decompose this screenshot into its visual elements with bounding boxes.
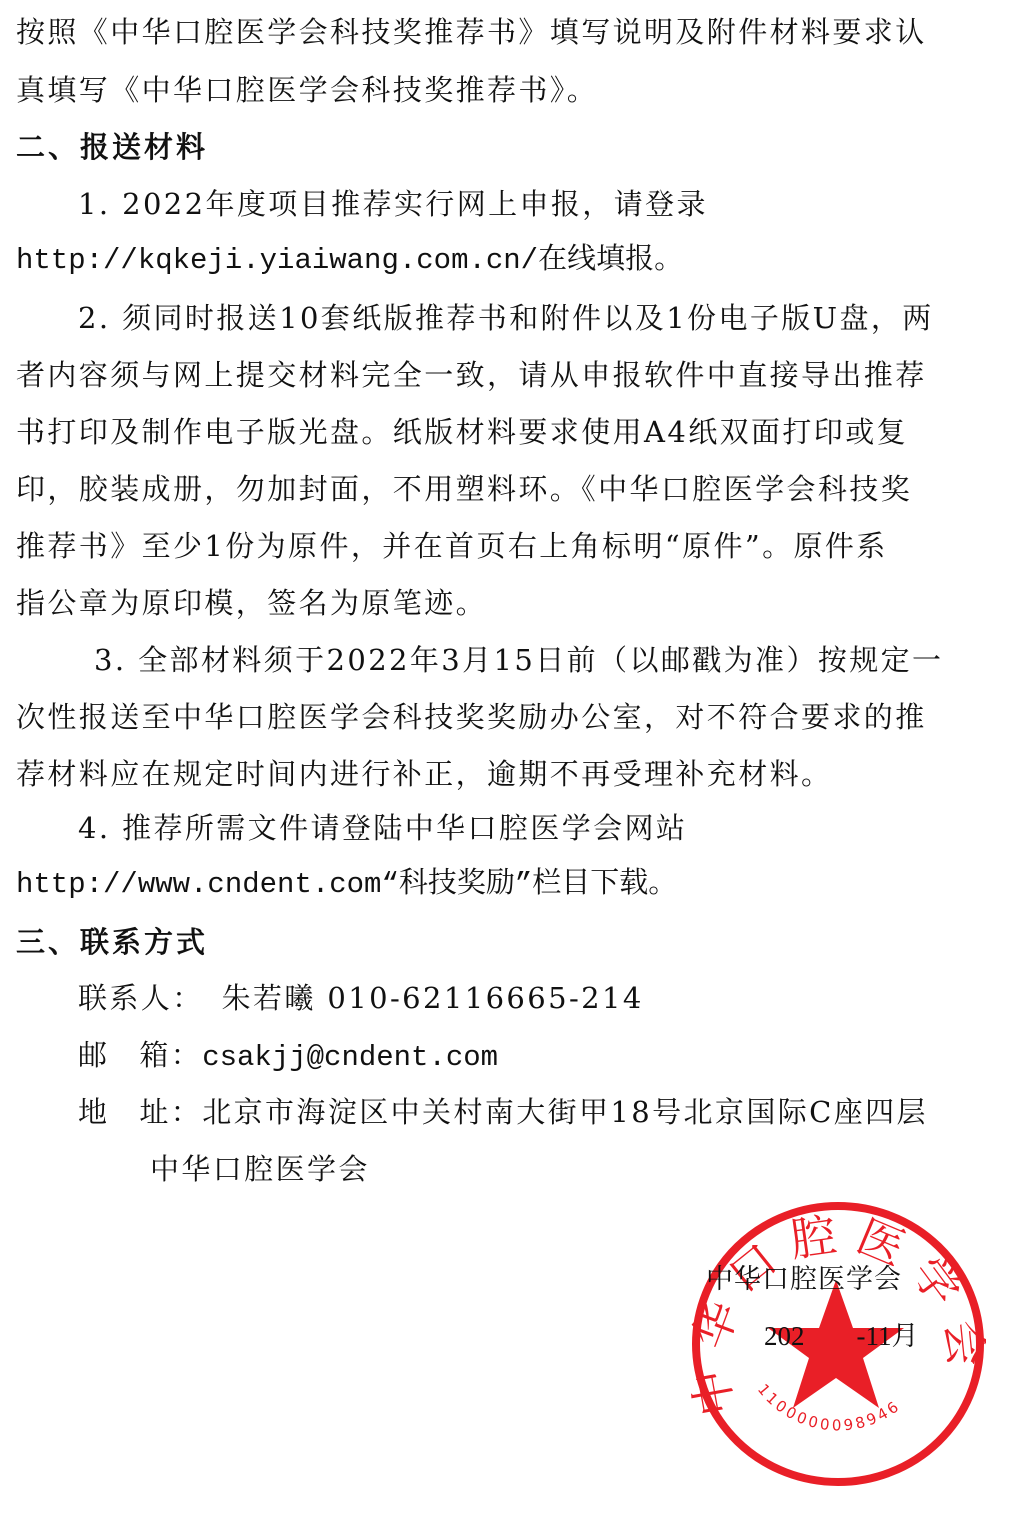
item2-line-6: 指公章为原印模，签名为原笔迹。	[16, 583, 487, 623]
document-page: 按照《中华口腔医学会科技奖推荐书》填写说明及附件材料要求认 真填写《中华口腔医学…	[0, 0, 1034, 1536]
address-label-part2: 址：	[139, 1095, 202, 1129]
address-label-part1: 地	[78, 1095, 109, 1129]
item2-line-1: 2. 须同时报送10套纸版推荐书和附件以及1份电子版U盘，两	[78, 298, 934, 338]
item4-url-line: http://www.cndent.com“科技奖励”栏目下载。	[16, 865, 677, 905]
signature-date-year: 202	[764, 1321, 805, 1351]
contact-person-row: 联系人：朱若曦 010-62116665-214	[78, 978, 644, 1018]
signature-organization: 中华口腔医学会	[706, 1262, 902, 1298]
intro-line-1: 按照《中华口腔医学会科技奖推荐书》填写说明及附件材料要求认	[16, 12, 927, 52]
item1-url-line: http://kqkeji.yiaiwang.com.cn/在线填报。	[16, 241, 683, 281]
email-label-part1: 邮	[78, 1038, 109, 1072]
email-value: csakjj@cndent.com	[202, 1041, 498, 1074]
item2-line-2: 者内容须与网上提交材料完全一致，请从申报软件中直接导出推荐	[16, 355, 927, 395]
signature-date: 202-11月	[764, 1318, 919, 1354]
item3-line-3: 荐材料应在规定时间内进行补正，逾期不再受理补充材料。	[16, 754, 832, 794]
contact-person-label: 联系人：	[78, 981, 204, 1015]
section-heading-contact: 三、联系方式	[16, 922, 208, 962]
signature-date-month: -11月	[857, 1321, 919, 1351]
item2-line-4: 印，胶装成册，勿加封面，不用塑料环。《中华口腔医学会科技奖	[16, 469, 912, 509]
item3-line-2: 次性报送至中华口腔医学会科技奖奖励办公室，对不符合要求的推	[16, 697, 927, 737]
address-row: 地址：北京市海淀区中关村南大街甲18号北京国际C座四层	[78, 1092, 928, 1132]
contact-person-value: 朱若曦 010-62116665-214	[222, 981, 644, 1015]
email-label-part2: 箱：	[139, 1038, 202, 1072]
seal-code-text: 1100000098946	[754, 1381, 904, 1435]
intro-line-2: 真填写《中华口腔医学会科技奖推荐书》。	[16, 70, 598, 110]
address-line-2: 中华口腔医学会	[150, 1149, 370, 1189]
item2-line-3: 书打印及制作电子版光盘。纸版材料要求使用A4纸双面打印或复	[16, 412, 908, 452]
address-value: 北京市海淀区中关村南大街甲18号北京国际C座四层	[202, 1095, 928, 1129]
email-row: 邮箱：csakjj@cndent.com	[78, 1035, 498, 1078]
item4-line-1: 4. 推荐所需文件请登陆中华口腔医学会网站	[78, 808, 687, 848]
item2-line-5: 推荐书》至少1份为原件，并在首页右上角标明“原件”。原件系	[16, 526, 888, 566]
item1-line-1: 1. 2022年度项目推荐实行网上申报，请登录	[78, 184, 708, 224]
item3-line-1: 3. 全部材料须于2022年3月15日前（以邮戳为准）按规定一	[94, 640, 943, 680]
section-heading-submission-materials: 二、报送材料	[16, 127, 208, 167]
